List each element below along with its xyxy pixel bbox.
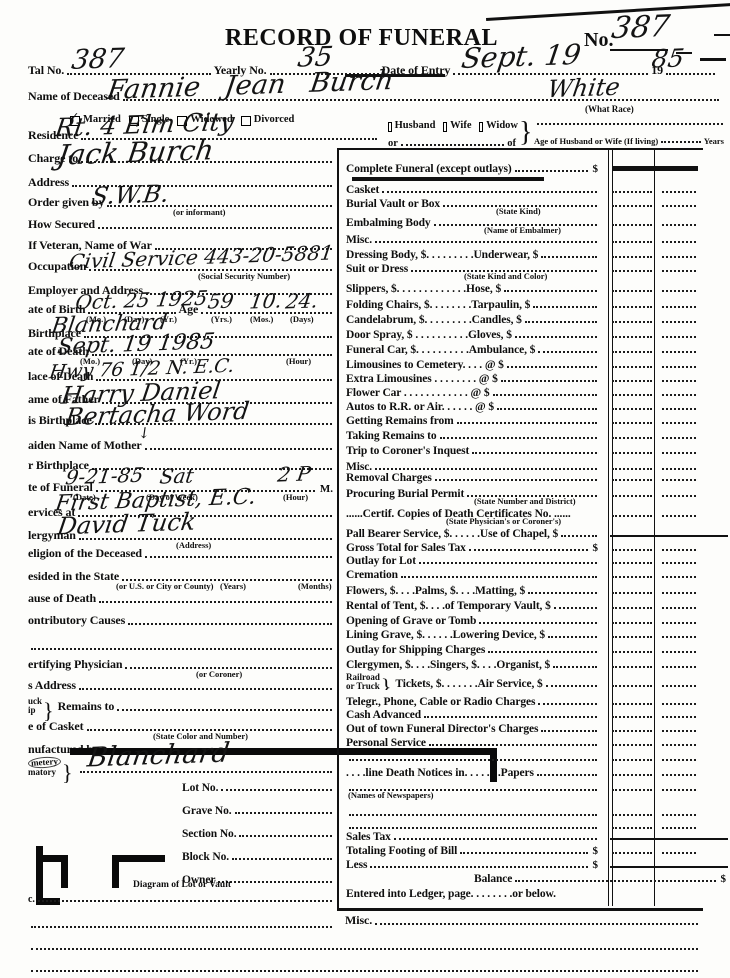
widow-checkbox[interactable]	[479, 122, 483, 132]
balance-row: Balance$	[346, 869, 700, 885]
spouse-or-row: or of	[388, 135, 516, 149]
item-row: Taking Remains to	[346, 426, 700, 442]
dotted-leader	[440, 437, 597, 439]
amount-cell	[612, 393, 652, 396]
no-underline	[610, 49, 668, 51]
dotted-leader	[435, 479, 597, 481]
amount-cell	[612, 350, 652, 353]
amount-cell	[612, 379, 652, 382]
hw-record-number: 387	[609, 9, 672, 46]
dotted-leader	[546, 685, 597, 687]
grave-no-label: Grave No.	[182, 805, 232, 817]
cents-cell	[662, 436, 696, 439]
cents-cell	[662, 451, 696, 454]
item-label: Removal Charges	[346, 472, 432, 484]
employer-row: Employer and Address	[28, 282, 335, 298]
size-of-casket-label: e of Casket	[28, 719, 84, 734]
married-label: Married	[83, 114, 121, 125]
mos-sublabel: (Mos.)	[250, 314, 273, 324]
amount-cell	[612, 240, 652, 243]
husband-checkbox[interactable]	[388, 122, 392, 132]
mo-sublabel: (Mo.)	[86, 314, 106, 324]
certifying-physician-label: ertifying Physician	[28, 657, 122, 672]
religion-row: eligion of the Deceased	[28, 545, 335, 561]
brace: }	[381, 679, 392, 690]
item-row: Embalming Body(Name of Embalmer)	[346, 213, 700, 229]
amount-cell	[612, 715, 652, 718]
amount-cell	[612, 621, 652, 624]
cents-cell	[662, 773, 696, 776]
item-row: Rental of Tent, $. . . .of Temporary Vau…	[346, 596, 700, 612]
day-sublabel: (Day)	[124, 314, 144, 324]
amount-cell	[612, 436, 652, 439]
dotted-leader	[375, 241, 597, 243]
dollar-sign: $	[593, 163, 599, 175]
dotted-leader	[84, 336, 332, 338]
dotted-leader	[554, 607, 597, 609]
occupation-label: Occupation	[28, 259, 86, 274]
amount-cell	[612, 635, 652, 638]
ssn-sublabel: (Social Security Number)	[198, 271, 290, 281]
clergyman-row: lergyman(Address)	[28, 527, 335, 543]
dotted-leader	[501, 380, 597, 382]
dotted-leader	[375, 923, 698, 925]
bottom-line-left	[28, 915, 335, 931]
dotted-leader	[537, 123, 723, 125]
amount-cell	[612, 223, 652, 226]
cents-cell	[662, 621, 696, 624]
employer-label: Employer and Address	[28, 283, 143, 298]
name-of-deceased-label: Name of Deceased	[28, 89, 120, 104]
cents-cell	[662, 379, 696, 382]
amount-cell	[612, 561, 652, 564]
cents-cell	[662, 365, 696, 368]
cents-cell	[662, 223, 696, 226]
amount-cell	[612, 684, 652, 687]
dotted-leader	[497, 408, 597, 410]
divorced-label: Divorced	[254, 114, 295, 125]
amount-cell	[612, 514, 652, 517]
yr-sublabel: (Yr.)	[160, 314, 177, 324]
item-row: Outlay for Shipping Charges	[346, 640, 700, 656]
dotted-leader	[96, 379, 332, 381]
dotted-leader	[239, 835, 332, 837]
resided-row: esided in the State (or U.S. or City or …	[28, 568, 335, 584]
amount-cell	[612, 575, 652, 578]
item-label: Complete Funeral (except outlays)	[346, 163, 512, 175]
his-birthplace-row: is Birthplace	[28, 412, 335, 428]
how-secured-label: How Secured	[28, 217, 95, 232]
date-sublabel: (Date)	[73, 492, 96, 502]
dotted-leader	[72, 185, 332, 187]
section-no-row: Section No.	[182, 824, 335, 840]
dotted-leader	[394, 838, 597, 840]
dotted-leader	[666, 73, 715, 75]
wife-label: Wife	[450, 120, 471, 131]
cents-cell	[662, 335, 696, 338]
blank-item-row: (Names of Newspapers)	[346, 778, 700, 794]
meridiem-label: M.	[320, 483, 333, 495]
husband-label: Husband	[395, 120, 436, 131]
dollar-sign: $	[721, 873, 727, 885]
amount-cell	[612, 255, 652, 258]
order-given-by-label: Order given by	[28, 195, 104, 210]
block-no-label: Block No.	[182, 851, 229, 863]
dotted-leader	[31, 970, 698, 972]
dotted-leader	[145, 556, 332, 558]
cents-cell	[662, 839, 696, 840]
dotted-leader	[515, 336, 597, 338]
block-no-row: Block No.	[182, 847, 335, 863]
cents-cell	[662, 536, 696, 537]
dotted-leader	[528, 592, 597, 594]
dotted-leader	[661, 141, 700, 143]
dotted-leader	[457, 422, 597, 424]
dotted-leader	[232, 858, 332, 860]
dotted-leader	[38, 900, 332, 902]
cents-cell	[662, 684, 696, 687]
dotted-leader	[31, 926, 332, 928]
dotted-leader	[453, 73, 648, 75]
dotted-leader	[460, 852, 587, 854]
order-given-by-row: Order given by(or informant)	[28, 194, 335, 210]
dotted-leader	[96, 490, 315, 492]
certifying-physician-row: ertifying Physician(or Coroner)	[28, 656, 335, 672]
spouse-brace: }	[519, 117, 532, 149]
dotted-leader	[146, 293, 332, 295]
mo-sublabel: (Mo.)	[80, 356, 100, 366]
item-label: Cremation	[346, 569, 398, 581]
cents-cell	[662, 635, 696, 638]
amount-cell	[612, 190, 652, 193]
cents-cell	[662, 478, 696, 481]
amount-cell	[612, 320, 652, 323]
widowed-label: Widowed	[190, 114, 232, 125]
maiden-name-row: aiden Name of Mother	[28, 437, 335, 453]
scan-artifact-line	[486, 3, 730, 21]
item-row: Funeral Car, $. . . . . . . . . .Ambulan…	[346, 340, 700, 356]
item-label: Burial Vault or Box	[346, 198, 440, 210]
ledger-label: Entered into Ledger, page. . . . . . . .…	[346, 888, 556, 900]
cents-cell	[662, 514, 696, 517]
amount-cell	[612, 335, 652, 338]
amount-cell	[612, 269, 652, 272]
residence-label: Residence	[28, 128, 78, 143]
her-birthplace-row: r Birthplace	[28, 457, 335, 473]
dotted-leader	[541, 730, 597, 732]
bottom-misc-row: Misc.	[345, 912, 701, 928]
dotted-leader	[504, 290, 597, 292]
amount-cell	[612, 788, 652, 791]
dotted-leader	[541, 256, 597, 258]
dotted-leader	[493, 394, 598, 396]
dotted-leader	[419, 562, 597, 564]
dotted-leader	[401, 144, 504, 146]
charge-to-label: Charge to	[28, 151, 78, 166]
item-row: Candelabrum, $. . . . . . . . .Candles, …	[346, 310, 700, 326]
date-of-death-row: ate of Death (Mo.) (Day) (Yr.) (Hour)	[28, 343, 335, 359]
hour-sublabel: (Hour)	[286, 356, 311, 366]
cents-cell	[662, 350, 696, 353]
veteran-war-row: If Veteran, Name of War	[28, 237, 335, 253]
services-at-label: ervices at	[28, 505, 75, 520]
death-notices-row: . . . .line Death Notices in. . . . . . …	[346, 763, 700, 779]
item-row: Trip to Coroner's Inquest	[346, 441, 700, 457]
widowed-checkbox[interactable]	[177, 116, 187, 126]
blank-item-row	[346, 748, 700, 764]
cents-cell	[662, 896, 696, 897]
dotted-leader	[525, 321, 597, 323]
cause-of-death-label: ause of Death	[28, 591, 96, 606]
cents-cell	[662, 269, 696, 272]
lot-no-row: Lot No.	[182, 778, 335, 794]
amount-cell	[612, 606, 652, 609]
dotted-leader	[145, 448, 332, 450]
his-birthplace-label: is Birthplace	[28, 413, 92, 428]
item-row: Misc.	[346, 230, 700, 246]
item-row: Complete Funeral (except outlays)$	[346, 159, 700, 175]
lot-no-label: Lot No.	[182, 782, 218, 794]
item-label: Procuring Burial Permit	[346, 488, 464, 500]
bottom-line-c: c.	[28, 889, 335, 905]
maiden-name-label: aiden Name of Mother	[28, 438, 142, 453]
date-of-birth-label: ate of Birth	[28, 302, 85, 317]
item-row: Door Spray, $ . . . . . . . . . .Gloves,…	[346, 325, 700, 341]
birthplace-label: Birthplace	[28, 326, 81, 341]
amount-cell	[612, 536, 652, 537]
amount-cell	[612, 896, 652, 897]
amount-cell	[612, 421, 652, 424]
dotted-leader	[155, 248, 332, 250]
item-row: Getting Remains from	[346, 411, 700, 427]
no-dash	[676, 52, 692, 54]
cents-cell	[662, 650, 696, 653]
railroad-row: Railroador Truck}Tickets, $. . . . . . .…	[346, 664, 700, 690]
married-checkbox[interactable]	[70, 116, 80, 126]
blank-dotted-row	[28, 637, 335, 653]
religion-label: eligion of the Deceased	[28, 546, 142, 561]
total-no-label: Tal No.	[28, 63, 64, 78]
resided-label: esided in the State	[28, 569, 119, 584]
occupation-row: Occupation(Social Security Number)	[28, 258, 335, 274]
birthplace-row: Birthplace	[28, 325, 335, 341]
cents-cell	[662, 494, 696, 497]
misc-label: Misc.	[345, 913, 372, 928]
item-label: Trip to Coroner's Inquest	[346, 445, 469, 457]
veteran-war-label: If Veteran, Name of War	[28, 238, 152, 253]
cause-of-death-row: ause of Death	[28, 590, 335, 606]
state-color-number-sublabel: (State Color and Number)	[153, 731, 248, 741]
year-prefix: 19	[651, 63, 663, 78]
amount-cell	[612, 839, 652, 840]
dotted-leader	[537, 774, 597, 776]
ledger-row: Entered into Ledger, page. . . . . . . .…	[346, 884, 700, 900]
name-of-father-label: ame of Father	[28, 392, 99, 407]
cents-cell	[662, 305, 696, 308]
yrs-sublabel: (Yrs.)	[211, 314, 232, 324]
names-of-newspapers-sublabel: (Names of Newspapers)	[348, 790, 433, 800]
dotted-leader	[561, 535, 597, 537]
dotted-leader	[479, 622, 597, 624]
item-row: ......Certif. Copies of Death Certificat…	[346, 504, 700, 520]
amount-cell	[612, 289, 652, 292]
hour-sublabel: (Hour)	[283, 492, 308, 502]
amount-cell	[612, 591, 652, 594]
yr-sublabel: (Yr.)	[180, 356, 197, 366]
dotted-leader	[31, 648, 332, 650]
cents-cell	[662, 393, 696, 396]
spouse-checkbox-row: Husband Wife Widow	[388, 118, 518, 131]
widow-label: Widow	[486, 120, 518, 131]
dotted-leader	[515, 880, 715, 882]
dotted-leader	[221, 789, 332, 791]
dotted-leader	[370, 866, 587, 868]
amount-cell	[612, 365, 652, 368]
item-row: Slippers, $. . . . . . . . . . . . .Hose…	[346, 279, 700, 295]
form-title: RECORD OF FUNERAL	[225, 25, 485, 52]
dotted-leader	[123, 99, 719, 101]
dotted-leader	[548, 636, 597, 638]
amount-cell	[612, 305, 652, 308]
spouse-dots	[534, 112, 726, 128]
dotted-leader	[81, 161, 332, 163]
day-sublabel: (Day)	[132, 356, 152, 366]
bottom-line-full	[28, 959, 701, 975]
cents-cell	[662, 867, 696, 868]
item-label: Embalming Body	[346, 217, 431, 229]
dotted-leader	[95, 423, 332, 425]
cents-cell	[662, 289, 696, 292]
dotted-leader	[102, 402, 332, 404]
his-address-row: s Address	[28, 677, 335, 693]
ship-label: ip	[28, 706, 42, 715]
cents-cell	[662, 255, 696, 258]
dotted-leader	[515, 170, 588, 172]
amount-cell	[612, 729, 652, 732]
tickets-air-service-label: Tickets, $. . . . . . .Air Service, $	[395, 678, 542, 690]
railroad-truck-stack: Railroador Truck	[346, 673, 380, 690]
dotted-leader	[488, 651, 597, 653]
dotted-leader	[92, 468, 332, 470]
amount-cell	[612, 494, 652, 497]
dotted-leader	[538, 351, 597, 353]
age-label: Age	[179, 302, 199, 317]
item-label: Suit or Dress	[346, 263, 408, 275]
single-checkbox[interactable]	[129, 116, 139, 126]
amount-cell	[612, 478, 652, 481]
cents-cell	[662, 171, 696, 172]
cents-cell	[662, 421, 696, 424]
item-row: Lining Grave, $. . . . . .Lowering Devic…	[346, 625, 700, 641]
cents-cell	[662, 240, 696, 243]
cents-cell	[662, 729, 696, 732]
address-label: Address	[28, 175, 69, 190]
services-at-row: ervices at	[28, 504, 335, 520]
item-row: Procuring Burial Permit(State Number and…	[346, 484, 700, 500]
item-row: Burial Vault or Box(State Kind)	[346, 194, 700, 210]
cents-cell	[662, 715, 696, 718]
cents-cell	[662, 204, 696, 207]
item-row: Suit or Dress(State Kind and Color)	[346, 259, 700, 275]
place-of-death-label: lace of Death	[28, 369, 93, 384]
scan-artifact-dash	[700, 58, 726, 61]
or-truck-label: or Truck	[346, 682, 380, 690]
amount-cell	[612, 171, 652, 172]
dotted-leader	[98, 227, 332, 229]
brace: }	[43, 703, 54, 719]
marital-status-row: Married Single Widowed Divorced	[62, 111, 332, 125]
cents-cell	[662, 851, 696, 854]
amount-cell	[612, 773, 652, 776]
amount-cell	[612, 407, 652, 410]
item-label: Slippers, $. . . . . . . . . . . . .Hose…	[346, 283, 501, 295]
grave-no-row: Grave No.	[182, 801, 335, 817]
cents-cell	[662, 743, 696, 746]
dotted-leader	[99, 601, 332, 603]
yearly-no-label: Yearly No.	[214, 63, 267, 78]
dotted-leader	[78, 515, 332, 517]
date-of-funeral-row: te of FuneralM. (Date) (Day of Week) (Ho…	[28, 479, 335, 495]
dotted-leader	[128, 623, 332, 625]
place-of-death-row: lace of Death	[28, 368, 335, 384]
amount-cell	[612, 758, 652, 761]
dotted-leader	[533, 306, 597, 308]
clergyman-label: lergyman	[28, 528, 76, 543]
name-row: Name of Deceased	[28, 88, 722, 104]
contributory-row: ontributory Causes	[28, 612, 335, 628]
dotted-leader	[235, 812, 332, 814]
amount-cell	[612, 743, 652, 746]
his-address-label: s Address	[28, 678, 76, 693]
dotted-leader	[218, 881, 332, 883]
charge-to-row: Charge to	[28, 150, 335, 166]
dotted-leader	[117, 709, 332, 711]
days-sublabel: (Days)	[290, 314, 314, 324]
single-label: Single	[142, 114, 169, 125]
date-of-birth-row: ate of Birth Age (Mo.) (Day) (Yr.) (Yrs.…	[28, 301, 335, 317]
amount-cell	[612, 851, 652, 854]
item-row: Folding Chairs, $. . . . . . . .Tarpauli…	[346, 295, 700, 311]
scan-artifact-dash	[714, 34, 730, 36]
spouse-age-row: Age of Husband or Wife (If living) Years	[534, 132, 724, 146]
wife-checkbox[interactable]	[443, 122, 447, 132]
item-row: Removal Charges	[346, 468, 700, 484]
dotted-leader	[67, 73, 210, 75]
dotted-leader	[429, 744, 597, 746]
dotted-leader	[507, 366, 597, 368]
day-of-week-sublabel: (Day of Week)	[146, 492, 198, 502]
cents-cell	[662, 758, 696, 761]
item-row: Flowers, $. . . .Palms, $. . . .Matting,…	[346, 581, 700, 597]
yearly-underline	[345, 74, 445, 77]
item-row: Personal Service	[346, 733, 700, 749]
address-row: Address	[28, 174, 335, 190]
record-of-funeral-form: RECORD OF FUNERAL No. 387 Tal No. Yearly…	[0, 0, 730, 978]
dotted-leader	[382, 191, 597, 193]
c-label: c.	[28, 894, 35, 905]
remains-to-row: uckip } Remains to	[28, 694, 335, 714]
amount-cell	[612, 867, 652, 868]
remains-to-label: Remains to	[58, 699, 115, 714]
amount-cell	[612, 451, 652, 454]
cents-cell	[662, 190, 696, 193]
dotted-leader	[79, 688, 332, 690]
size-of-casket-row: e of Casket(State Color and Number)	[28, 718, 335, 734]
dotted-leader	[472, 452, 597, 454]
divorced-checkbox[interactable]	[241, 116, 251, 126]
item-row: Cremation	[346, 565, 700, 581]
dotted-leader	[31, 948, 698, 950]
